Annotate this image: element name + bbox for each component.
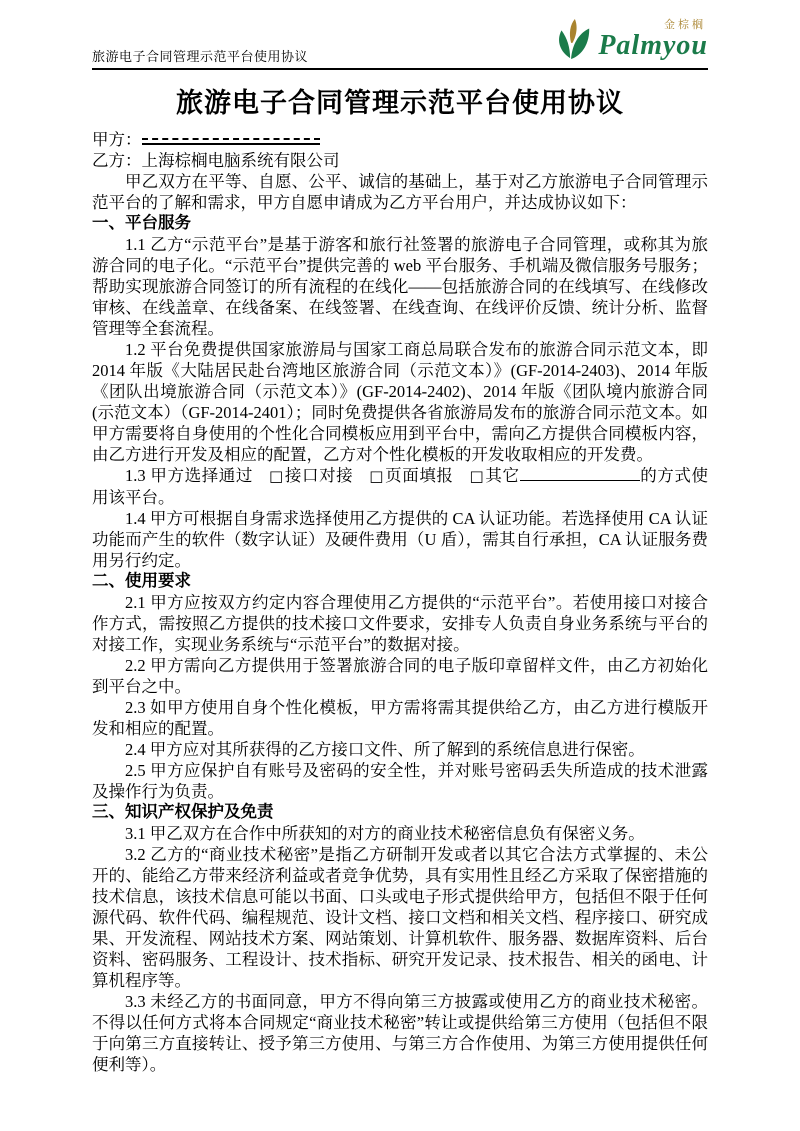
contract-paragraph: 1.4 甲方可根据自身需求选择使用乙方提供的 CA 认证功能。若选择使用 CA … — [92, 508, 708, 571]
palm-leaf-icon — [552, 18, 592, 60]
contract-paragraph: 2.2 甲方需向乙方提供用于签署旅游合同的电子版印章留样文件，由乙方初始化到平台… — [92, 655, 708, 697]
contract-sections: 一、平台服务1.1 乙方“示范平台”是基于游客和旅行社签署的旅游电子合同管理，或… — [92, 213, 708, 1075]
section-heading: 三、知识产权保护及免责 — [92, 802, 708, 823]
party-b-value: 上海棕榈电脑系统有限公司 — [142, 151, 340, 170]
contract-paragraph: 3.2 乙方的“商业技术秘密”是指乙方研制开发或者以其它合法方式掌握的、未公开的… — [92, 844, 708, 991]
document-page: 旅游电子合同管理示范平台使用协议 金棕榈 Palmyou 旅游电子合同管理示范平… — [0, 0, 800, 1131]
intro-paragraph: 甲乙双方在平等、自愿、公平、诚信的基础上，基于对乙方旅游电子合同管理示范平台的了… — [92, 171, 708, 213]
checkbox-label: 其它 — [485, 466, 519, 485]
checkbox-icon: □ — [269, 467, 284, 485]
checkbox-icon: □ — [369, 467, 384, 485]
contract-paragraph: 2.4 甲方应对其所获得的乙方接口文件、所了解到的系统信息进行保密。 — [92, 739, 708, 760]
paragraph-text-run: 1.3 甲方选择通过 — [125, 466, 253, 485]
contract-paragraph: 1.3 甲方选择通过□接口对接□页面填报□其它的方式使用该平台。 — [92, 465, 708, 508]
brand-logo: 金棕榈 Palmyou — [552, 18, 708, 60]
checkbox-option: □接口对接 — [269, 466, 353, 485]
checkbox-option: □其它 — [470, 466, 520, 485]
party-a-blank-line — [142, 130, 320, 145]
document-title: 旅游电子合同管理示范平台使用协议 — [92, 81, 708, 120]
contract-paragraph: 1.1 乙方“示范平台”是基于游客和旅行社签署的旅游电子合同管理，或称其为旅游合… — [92, 234, 708, 339]
checkbox-option: □页面填报 — [369, 466, 453, 485]
section-heading: 一、平台服务 — [92, 213, 708, 234]
party-a-line: 甲方： — [92, 129, 708, 150]
contract-paragraph: 2.5 甲方应保护自有账号及密码的安全性，并对账号密码丢失所造成的技术泄露及操作… — [92, 760, 708, 802]
page-content: 旅游电子合同管理示范平台使用协议 金棕榈 Palmyou 旅游电子合同管理示范平… — [0, 0, 800, 1075]
contract-body: 甲方： 乙方：上海棕榈电脑系统有限公司 甲乙双方在平等、自愿、公平、诚信的基础上… — [92, 129, 708, 1075]
contract-paragraph: 3.1 甲乙双方在合作中所获知的对方的商业技术秘密信息负有保密义务。 — [92, 823, 708, 844]
page-header: 旅游电子合同管理示范平台使用协议 金棕榈 Palmyou — [92, 0, 708, 70]
contract-paragraph: 2.3 如甲方使用自身个性化模板，甲方需将需其提供给乙方，由乙方进行模版开发和相… — [92, 697, 708, 739]
section-heading: 二、使用要求 — [92, 571, 708, 592]
contract-paragraph: 2.1 甲方应按双方约定内容合理使用乙方提供的“示范平台”。若使用接口对接合作方… — [92, 592, 708, 655]
checkbox-label: 接口对接 — [285, 466, 353, 485]
checkbox-icon: □ — [470, 467, 485, 485]
contract-paragraph: 3.3 未经乙方的书面同意，甲方不得向第三方披露或使用乙方的商业技术秘密。不得以… — [92, 991, 708, 1075]
party-b-label: 乙方： — [92, 151, 142, 170]
party-b-line: 乙方：上海棕榈电脑系统有限公司 — [92, 150, 708, 171]
running-header-title: 旅游电子合同管理示范平台使用协议 — [92, 50, 308, 68]
brand-name: Palmyou — [598, 32, 708, 60]
brand-logo-text: 金棕榈 Palmyou — [598, 20, 708, 60]
checkbox-label: 页面填报 — [385, 466, 453, 485]
contract-paragraph: 1.2 平台免费提供国家旅游局与国家工商总局联合发布的旅游合同示范文本，即 20… — [92, 339, 708, 465]
party-a-label: 甲方： — [92, 130, 142, 149]
fill-in-blank — [520, 467, 640, 481]
